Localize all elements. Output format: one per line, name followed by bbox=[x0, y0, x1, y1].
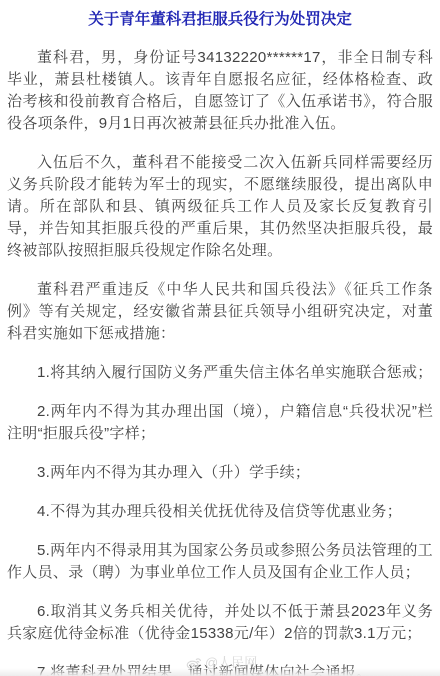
paragraph-person-intro: 董科君，男，身份证号34132220******17，非全日制专科毕业，萧县杜楼… bbox=[7, 47, 433, 135]
paragraph-decision-basis: 董科君严重违反《中华人民共和国兵役法》《征兵工作条例》等有关规定，经安徽省萧县征… bbox=[7, 279, 433, 345]
punishment-item-3: 3.两年内不得为其办理入（升）学手续； bbox=[7, 462, 433, 484]
punishment-item-5: 5.两年内不得录用其为国家公务员或参照公务员法管理的工作人员、录（聘）为事业单位… bbox=[7, 540, 433, 584]
punishment-item-2: 2.两年内不得为其办理出国（境），户籍信息“兵役状况”栏注明“拒服兵役”字样； bbox=[7, 401, 433, 445]
notice-document: 关于青年董科君拒服兵役行为处罚决定 董科君，男，身份证号34132220****… bbox=[0, 0, 440, 676]
punishment-item-1: 1.将其纳入履行国防义务严重失信主体名单实施联合惩戒； bbox=[7, 362, 433, 384]
bottom-edge-shadow bbox=[0, 668, 440, 676]
punishment-item-4: 4.不得为其办理兵役相关优抚优待及信贷等优惠业务； bbox=[7, 501, 433, 523]
document-title: 关于青年董科君拒服兵役行为处罚决定 bbox=[7, 9, 433, 30]
paragraph-refusal-background: 入伍后不久，董科君不能接受二次入伍新兵同样需要经历义务兵阶段才能转为军士的现实，… bbox=[7, 152, 433, 262]
punishment-item-6: 6.取消其义务兵相关优待，并处以不低于萧县2023年义务兵家庭优待金标准（优待金… bbox=[7, 601, 433, 645]
